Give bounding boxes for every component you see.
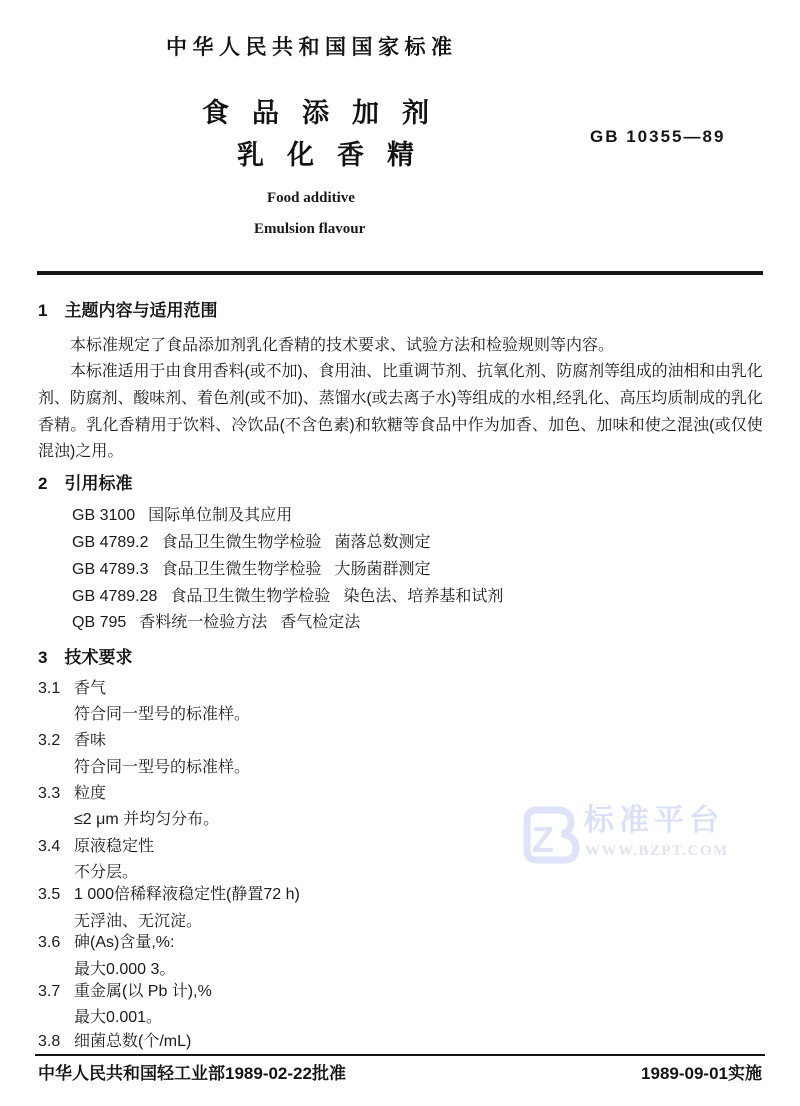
clause-3-7-heading: 3.7 重金属(以 Pb 计),%	[38, 982, 762, 1002]
clause-3-number: 3	[38, 648, 47, 668]
reference-code: GB 3100	[72, 506, 135, 526]
clause-1-title: 主题内容与适用范围	[64, 301, 217, 321]
reference-title: 国际单位制及其应用	[148, 506, 292, 526]
clause-3-2-number: 3.2	[38, 731, 74, 751]
clause-3-4-title: 原液稳定性	[74, 837, 154, 857]
clause-1-heading: 1 主题内容与适用范围	[38, 301, 762, 321]
reference-code: QB 795	[72, 613, 126, 633]
clause-3-4-heading: 3.4 原液稳定性	[38, 837, 762, 857]
clause-3-heading: 3 技术要求	[38, 648, 762, 668]
reference-item: QB 795 香料统一检验方法 香气检定法	[38, 613, 796, 633]
approval-statement: 中华人民共和国轻工业部1989-02-22批准	[38, 1065, 346, 1082]
scope-paragraph-2-line-1: 本标准适用于由食用香料(或不加)、食用油、比重调节剂、抗氧化剂、防腐剂等组成的油…	[38, 362, 762, 382]
clause-3-6-body: 最大0.000 3。	[38, 960, 798, 980]
footer-rule	[35, 1054, 765, 1056]
clause-3-2-body: 符合同一型号的标准样。	[38, 758, 798, 778]
scope-paragraph-2-line-4: 混浊)之用。	[38, 442, 762, 462]
clause-2-number: 2	[38, 474, 47, 494]
clause-3-8-title: 细菌总数(个/mL)	[74, 1032, 191, 1052]
reference-subtitle: 菌落总数测定	[335, 533, 431, 553]
clause-3-3-body: ≤2 μm 并均匀分布。	[38, 810, 798, 830]
clause-3-6-heading: 3.6 砷(As)含量,%:	[38, 933, 762, 953]
national-standard-header: 中华人民共和国国家标准	[166, 37, 458, 58]
clause-3-4-number: 3.4	[38, 837, 74, 857]
clause-3-3-heading: 3.3 粒度	[38, 784, 762, 804]
clause-2-title: 引用标准	[64, 474, 132, 494]
reference-item: GB 4789.3 食品卫生微生物学检验 大肠菌群测定	[38, 560, 796, 580]
standard-number: GB 10355—89	[590, 128, 725, 145]
clause-3-title: 技术要求	[64, 648, 132, 668]
reference-title: 香料统一检验方法	[139, 613, 267, 633]
clause-3-6-title: 砷(As)含量,%:	[74, 933, 174, 953]
standard-document-page: Z 标准平台 WWW.BZPT.COM 中华人民共和国国家标准 食品添加剂 乳化…	[0, 0, 800, 1106]
clause-3-2-heading: 3.2 香味	[38, 731, 762, 751]
clause-3-1-title: 香气	[74, 679, 106, 699]
reference-code: GB 4789.2	[72, 533, 149, 553]
clause-3-8-number: 3.8	[38, 1032, 74, 1052]
title-en-line2: Emulsion flavour	[254, 222, 365, 237]
clause-3-4-body: 不分层。	[38, 863, 798, 883]
title-cn-line1: 食品添加剂	[202, 100, 452, 127]
clause-3-8-heading: 3.8 细菌总数(个/mL)	[38, 1032, 762, 1052]
header-rule	[37, 271, 763, 275]
reference-subtitle: 大肠菌群测定	[335, 560, 431, 580]
implementation-date: 1989-09-01实施	[641, 1065, 762, 1082]
reference-code: GB 4789.28	[72, 587, 157, 607]
clause-3-1-number: 3.1	[38, 679, 74, 699]
clause-3-1-body: 符合同一型号的标准样。	[38, 705, 798, 725]
scope-paragraph-2-line-3: 香精。乳化香精用于饮料、冷饮品(不含色素)和软糖等食品中作为加香、加色、加味和使…	[38, 416, 762, 436]
clause-3-1-heading: 3.1 香气	[38, 679, 762, 699]
reference-subtitle: 香气检定法	[280, 613, 360, 633]
clause-2-heading: 2 引用标准	[38, 474, 762, 494]
clause-1-number: 1	[38, 301, 47, 321]
clause-3-5-body: 无浮油、无沉淀。	[38, 912, 798, 932]
reference-title: 食品卫生微生物学检验	[170, 587, 330, 607]
clause-3-7-title: 重金属(以 Pb 计),%	[74, 982, 212, 1002]
clause-3-3-title: 粒度	[74, 784, 106, 804]
clause-3-7-number: 3.7	[38, 982, 74, 1002]
clause-3-5-number: 3.5	[38, 885, 74, 905]
clause-3-2-title: 香味	[74, 731, 106, 751]
clause-3-7-body: 最大0.001。	[38, 1008, 798, 1028]
title-en-line1: Food additive	[267, 191, 355, 206]
reference-code: GB 4789.3	[72, 560, 149, 580]
clause-3-3-number: 3.3	[38, 784, 74, 804]
title-cn-line2: 乳化香精	[237, 142, 437, 169]
scope-paragraph-1: 本标准规定了食品添加剂乳化香精的技术要求、试验方法和检验规则等内容。	[38, 336, 762, 356]
reference-item: GB 4789.28 食品卫生微生物学检验 染色法、培养基和试剂	[38, 587, 796, 607]
reference-subtitle: 染色法、培养基和试剂	[343, 587, 503, 607]
reference-item: GB 4789.2 食品卫生微生物学检验 菌落总数测定	[38, 533, 796, 553]
reference-item: GB 3100 国际单位制及其应用	[38, 506, 796, 526]
clause-3-5-heading: 3.5 1 000倍稀释液稳定性(静置72 h)	[38, 885, 762, 905]
reference-title: 食品卫生微生物学检验	[162, 533, 322, 553]
reference-title: 食品卫生微生物学检验	[162, 560, 322, 580]
clause-3-6-number: 3.6	[38, 933, 74, 953]
clause-3-5-title: 1 000倍稀释液稳定性(静置72 h)	[74, 885, 300, 905]
scope-paragraph-2-line-2: 剂、防腐剂、酸味剂、着色剂(或不加)、蒸馏水(或去离子水)等组成的水相,经乳化、…	[38, 389, 762, 409]
